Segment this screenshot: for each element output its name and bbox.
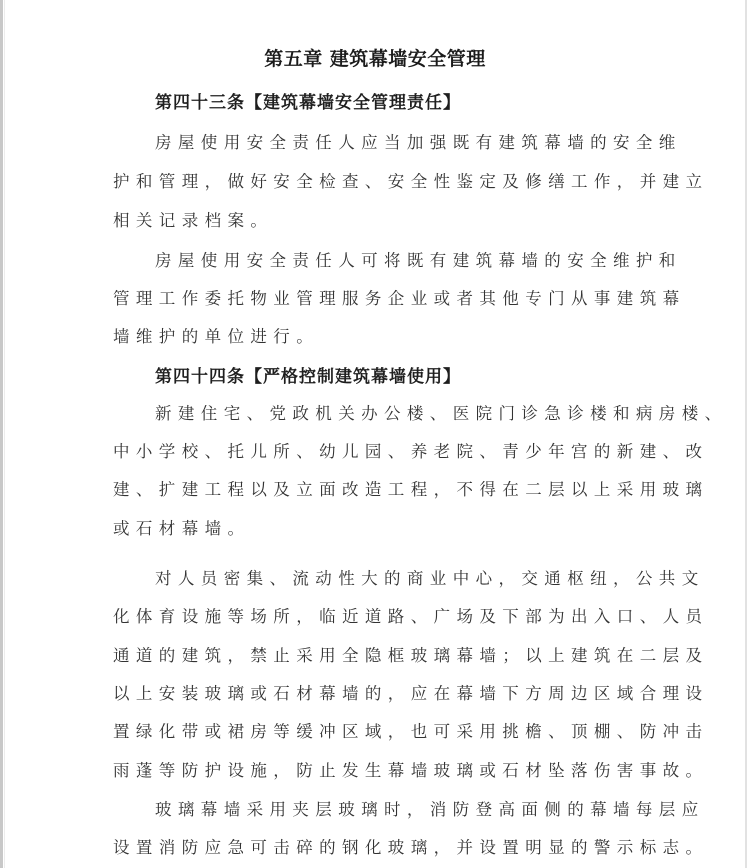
article-43-line-2: 护和管理，做好安全检查、安全性鉴定及修缮工作，并建立 [113,168,653,192]
article-43-line-4: 房屋使用安全责任人可将既有建筑幕墙的安全维护和 [155,247,695,271]
article-43-heading: 第四十三条【建筑幕墙安全管理责任】 [155,88,461,113]
article-44-line-12: 设置消防应急可击碎的钢化玻璃，并设置明显的警示标志。 [113,834,653,858]
article-44-line-11: 玻璃幕墙采用夹层玻璃时，消防登高面侧的幕墙每层应 [155,796,695,820]
chapter-title: 第五章 建筑幕墙安全管理 [0,44,750,71]
article-44-line-2: 中小学校、托儿所、幼儿园、养老院、青少年宫的新建、改 [113,438,653,462]
article-44-line-1: 新建住宅、党政机关办公楼、医院门诊急诊楼和病房楼、 [155,400,695,424]
article-44-line-7: 通道的建筑，禁止采用全隐框玻璃幕墙；以上建筑在二层及 [113,642,653,666]
article-44-line-4: 或石材幕墙。 [113,515,653,539]
document-page: 第五章 建筑幕墙安全管理 第四十三条【建筑幕墙安全管理责任】 房屋使用安全责任人… [0,0,750,868]
article-43-line-5: 管理工作委托物业管理服务企业或者其他专门从事建筑幕 [113,285,653,309]
article-43-line-6: 墙维护的单位进行。 [113,323,653,347]
article-44-heading: 第四十四条【严格控制建筑幕墙使用】 [155,362,461,387]
article-44-line-8: 以上安装玻璃或石材幕墙的，应在幕墙下方周边区域合理设 [113,680,653,704]
article-43-line-1: 房屋使用安全责任人应当加强既有建筑幕墙的安全维 [155,129,695,153]
article-44-line-6: 化体育设施等场所，临近道路、广场及下部为出入口、人员 [113,603,653,627]
article-44-line-9: 置绿化带或裙房等缓冲区域，也可采用挑檐、顶棚、防冲击 [113,718,653,742]
article-43-line-3: 相关记录档案。 [113,207,653,231]
article-44-line-3: 建、扩建工程以及立面改造工程，不得在二层以上采用玻璃 [113,476,653,500]
article-44-line-10: 雨蓬等防护设施，防止发生幕墙玻璃或石材坠落伤害事故。 [113,757,653,781]
article-44-line-5: 对人员密集、流动性大的商业中心，交通枢纽，公共文 [155,565,695,589]
